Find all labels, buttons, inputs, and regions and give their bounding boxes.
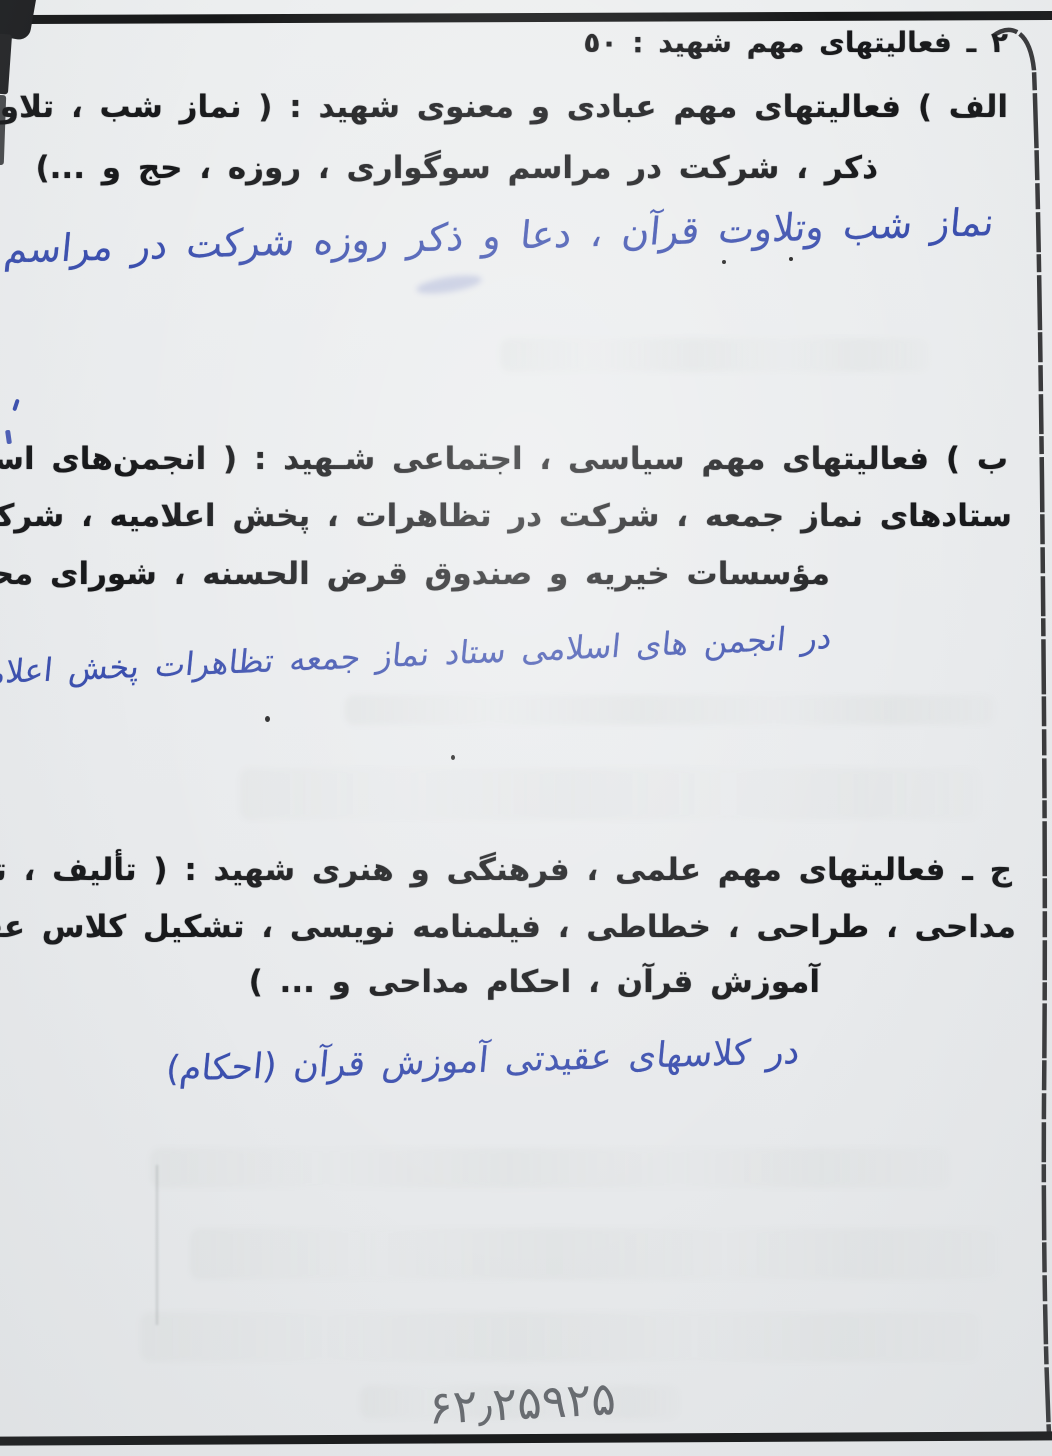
printed-line-jim-3: آموزش قرآن ، احکام مداحی و ... ) (249, 963, 820, 1002)
printed-line-jim-1: ج ـ فعالیتهای مهم علمی ، فرهنگی و هنری ش… (0, 851, 1012, 890)
bleed-through-smudge (345, 695, 995, 725)
stray-pen-mark (5, 430, 12, 445)
archive-number: ۶۲٫۲۵۹۲۵ (427, 1371, 617, 1435)
page-heading: ۲ ـ فعالیتهای مهم شهید : ٥٠ (583, 26, 1008, 59)
bleed-through-smudge (140, 1312, 980, 1362)
ink-speck (722, 260, 726, 264)
bleed-through-smudge (150, 1148, 950, 1188)
bleed-through-smudge (190, 1228, 1000, 1280)
handwritten-answer-jim: در کلاسهای عقیدتی آموزش قرآن (احکام) (165, 1032, 802, 1090)
printed-line-be-2: ستادهای نماز جمعه ، شرکت در تظاهرات ، پخ… (0, 497, 1012, 536)
ink-speck (451, 755, 455, 760)
handwritten-answer-be: در انجمن های اسلامی ستاد نماز جمعه تظاهر… (0, 618, 834, 693)
scan-border-bottom (0, 1431, 1052, 1445)
handwritten-answer-alef: نماز شب وتلاوت قرآن ، دعا و ذکر روزه شرک… (2, 200, 996, 272)
printed-line-alef-1: الف ) فعالیتهای مهم عبادی و معنوی شهید :… (0, 88, 1008, 127)
paper-crease (156, 1165, 158, 1325)
ink-speck (265, 716, 270, 722)
scan-border-top (26, 11, 1052, 24)
bleed-through-smudge (240, 768, 980, 820)
ink-smudge (415, 272, 483, 297)
ink-speck (789, 257, 793, 261)
printed-line-jim-2: مداحی ، طراحی ، خطاطی ، فیلمنامه نویسی ،… (0, 908, 1016, 947)
bleed-through-smudge (500, 338, 930, 372)
printed-line-be-3: مؤسسات خیریه و صندوق قرض الحسنه ، شورای … (0, 555, 830, 594)
stray-pen-mark (12, 399, 20, 412)
printed-line-be-1: ب ) فعالیتهای مهم سیاسی ، اجتماعی شـهید … (0, 440, 1008, 479)
printed-line-alef-2: ذکر ، شرکت در مراسم سوگواری ، روزه ، حج … (35, 149, 878, 188)
scanned-document-page: ۲ ـ فعالیتهای مهم شهید : ٥٠ الف ) فعالیت… (0, 0, 1052, 1456)
scan-edge-mark (0, 34, 12, 95)
